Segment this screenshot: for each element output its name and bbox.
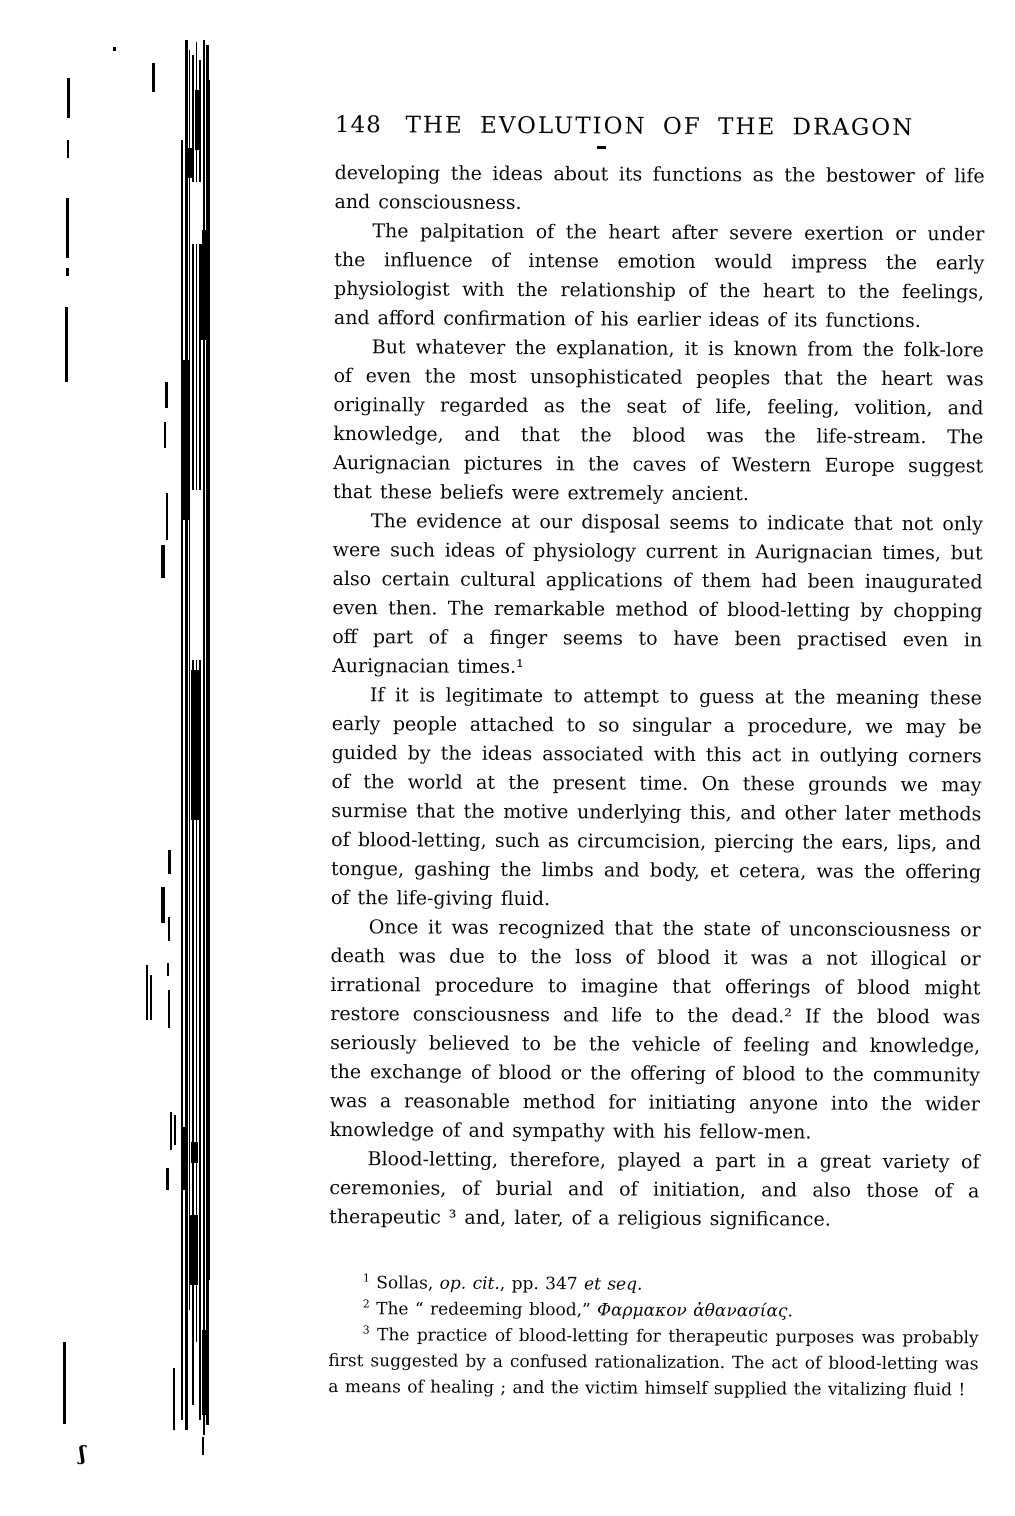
scan-artifact	[165, 382, 168, 408]
footnote-marker: 2	[363, 1298, 370, 1311]
scan-artifact	[161, 545, 165, 578]
scan-artifact	[168, 990, 170, 1028]
scan-artifact	[174, 1115, 176, 1145]
footnote-italic-text: op. cit.	[440, 1274, 500, 1294]
paragraph: But whatever the explanation, it is know…	[333, 333, 984, 510]
scan-artifact	[168, 850, 171, 874]
scan-artifact	[113, 47, 116, 51]
scan-artifact	[202, 1330, 208, 1415]
scan-artifact	[188, 148, 194, 178]
scan-artifact	[66, 198, 69, 258]
paragraph: The evidence at our disposal seems to in…	[332, 507, 983, 684]
scan-artifact	[67, 78, 70, 118]
paragraph: developing the ideas about its functions…	[334, 159, 984, 220]
scan-artifact	[209, 80, 210, 1280]
footnote: 2 The “ redeeming blood,” Φαρμακον ἀθανα…	[329, 1296, 979, 1325]
footnote-italic-text: Φαρμακον ἀθανασίας	[597, 1300, 787, 1321]
scan-artifact	[67, 140, 69, 158]
scan-artifact	[183, 360, 190, 520]
body-text: developing the ideas about its functions…	[329, 159, 985, 1235]
scan-artifact	[164, 422, 166, 448]
paragraph: The palpitation of the heart after sever…	[334, 217, 985, 336]
scan-artifact	[65, 307, 68, 382]
footnote-text: The “ redeeming blood,”	[376, 1299, 597, 1320]
scan-artifact	[166, 493, 168, 540]
footnote-italic-text: et seq.	[584, 1274, 642, 1294]
footnote: 1 Sollas, op. cit., pp. 347 et seq.	[329, 1270, 979, 1299]
page-number: 148	[335, 112, 405, 138]
footnote: 3 The practice of blood-letting for ther…	[328, 1322, 978, 1403]
scan-artifact	[146, 965, 148, 1020]
scan-artifact	[170, 1112, 172, 1150]
footnote-text: Sollas,	[376, 1273, 440, 1293]
scan-artifact	[168, 917, 170, 941]
scan-artifact	[201, 230, 207, 340]
scan-artifact	[150, 975, 152, 1020]
scan-artifact	[195, 90, 200, 150]
scanned-book-page: ʃ 148 THE EVOLUTION OF THE DRAGON develo…	[0, 0, 1015, 1516]
scan-artifact	[66, 268, 69, 276]
scan-artifact	[166, 1168, 169, 1190]
page-content: 148 THE EVOLUTION OF THE DRAGON developi…	[328, 112, 985, 1403]
scan-artifact	[183, 1127, 188, 1190]
paragraph: Blood-letting, therefore, played a part …	[329, 1145, 979, 1235]
scan-artifact	[161, 887, 165, 923]
scan-artifact: ʃ	[79, 1441, 86, 1465]
paragraph: If it is legitimate to attempt to guess …	[331, 681, 982, 916]
scan-artifact	[191, 670, 200, 820]
scan-artifact	[192, 182, 202, 244]
footnote-marker: 1	[363, 1272, 370, 1285]
running-head: THE EVOLUTION OF THE DRAGON	[405, 112, 915, 141]
scan-artifact	[63, 1342, 66, 1424]
scan-artifact	[185, 40, 188, 1430]
scan-artifact	[173, 1368, 175, 1430]
scan-artifact	[152, 63, 155, 92]
scan-artifact	[167, 963, 169, 976]
footnote-text: , pp. 347	[500, 1274, 584, 1294]
footnote-text: .	[787, 1301, 793, 1321]
paragraph: Once it was recognized that the state of…	[330, 913, 981, 1148]
scan-artifact	[202, 1437, 204, 1455]
scan-artifact	[189, 50, 190, 1310]
scan-artifact	[192, 490, 203, 660]
footnotes-section: 1 Sollas, op. cit., pp. 347 et seq.2 The…	[328, 1270, 979, 1403]
scan-artifact	[191, 1142, 198, 1163]
footnote-text: The practice of blood-letting for therap…	[328, 1325, 978, 1400]
scan-artifact	[181, 140, 183, 1420]
page-header: 148 THE EVOLUTION OF THE DRAGON	[335, 112, 985, 141]
footnote-marker: 3	[363, 1324, 370, 1337]
scan-artifact	[190, 1215, 198, 1285]
